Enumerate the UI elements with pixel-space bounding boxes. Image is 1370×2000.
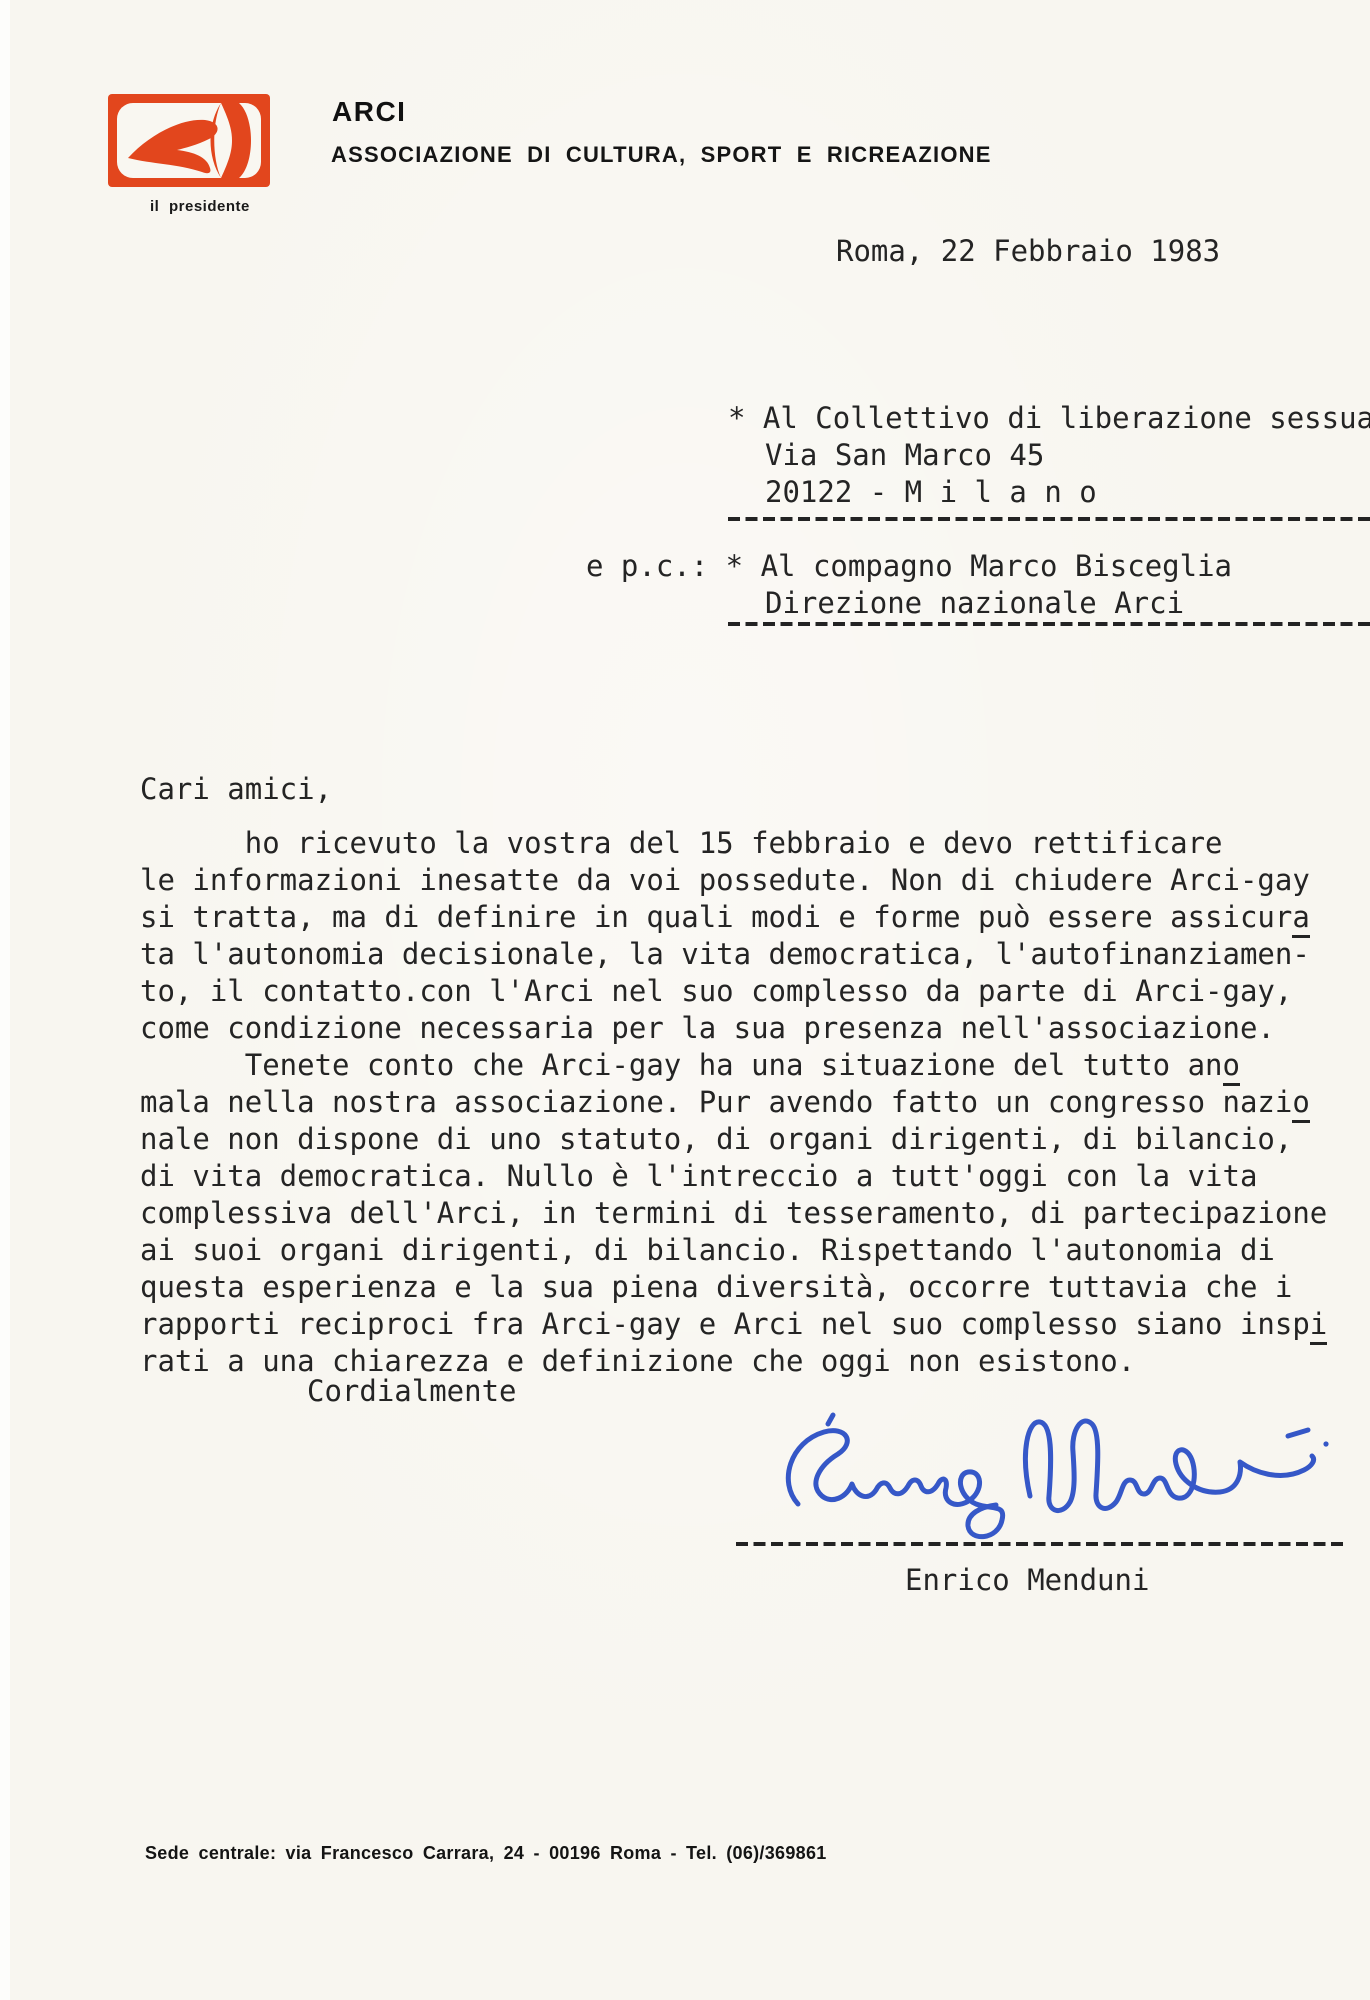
org-tagline: ASSOCIAZIONE DI CULTURA, SPORT E RICREAZ… bbox=[331, 142, 992, 168]
typed-dashed-rule bbox=[736, 1542, 1344, 1546]
hyphenation-underline: o bbox=[1292, 1085, 1309, 1123]
cc-line: Direzione nazionale Arci bbox=[765, 585, 1184, 622]
typed-dashed-rule bbox=[728, 517, 1370, 521]
letter-body-line: ta l'autonomia decisionale, la vita demo… bbox=[140, 936, 1327, 973]
letter-body-line: complessiva dell'Arci, in termini di tes… bbox=[140, 1195, 1327, 1232]
closing: Cordialmente bbox=[307, 1373, 517, 1410]
dateline: Roma, 22 Febbraio 1983 bbox=[836, 233, 1220, 270]
letter-body-line: mala nella nostra associazione. Pur aven… bbox=[140, 1084, 1327, 1121]
footer-address: Sede centrale: via Francesco Carrara, 24… bbox=[145, 1843, 827, 1864]
recipient-line: * Al Collettivo di liberazione sessuale bbox=[728, 400, 1370, 437]
hyphenation-underline: i bbox=[1310, 1307, 1327, 1345]
letter-body-line: di vita democratica. Nullo è l'intreccio… bbox=[140, 1158, 1327, 1195]
letter-body-line: le informazioni inesatte da voi possedut… bbox=[140, 862, 1327, 899]
letter-body: ho ricevuto la vostra del 15 febbraio e … bbox=[140, 825, 1327, 1380]
letter-body-line: ai suoi organi dirigenti, di bilancio. R… bbox=[140, 1232, 1327, 1269]
scan-edge bbox=[0, 0, 10, 2000]
cc-line: e p.c.: * Al compagno Marco Bisceglia bbox=[586, 548, 1232, 585]
typed-signature-name: Enrico Menduni bbox=[905, 1562, 1149, 1599]
org-name: ARCI bbox=[332, 96, 406, 128]
letter-body-line: si tratta, ma di definire in quali modi … bbox=[140, 899, 1327, 936]
typed-dashed-rule bbox=[728, 622, 1370, 626]
letter-body-line: rapporti reciproci fra Arci-gay e Arci n… bbox=[140, 1306, 1327, 1343]
sender-role: il presidente bbox=[150, 198, 250, 215]
salutation: Cari amici, bbox=[140, 771, 332, 808]
arci-logo-icon bbox=[108, 94, 270, 187]
handwritten-signature bbox=[768, 1408, 1352, 1564]
hyphenation-underline: o bbox=[1223, 1048, 1240, 1086]
letter-body-line: come condizione necessaria per la sua pr… bbox=[140, 1010, 1327, 1047]
letter-body-line: nale non dispone di uno statuto, di orga… bbox=[140, 1121, 1327, 1158]
recipient-line: Via San Marco 45 bbox=[765, 437, 1044, 474]
letter-body-line: questa esperienza e la sua piena diversi… bbox=[140, 1269, 1327, 1306]
recipient-line: 20122 - M i l a n o bbox=[765, 474, 1097, 511]
letter-body-line: to, il contatto.con l'Arci nel suo compl… bbox=[140, 973, 1327, 1010]
hyphenation-underline: a bbox=[1292, 900, 1309, 938]
letter-page: ARCI ASSOCIAZIONE DI CULTURA, SPORT E RI… bbox=[0, 0, 1370, 2000]
letter-body-line: ho ricevuto la vostra del 15 febbraio e … bbox=[140, 825, 1327, 862]
letter-body-line: Tenete conto che Arci-gay ha una situazi… bbox=[140, 1047, 1327, 1084]
